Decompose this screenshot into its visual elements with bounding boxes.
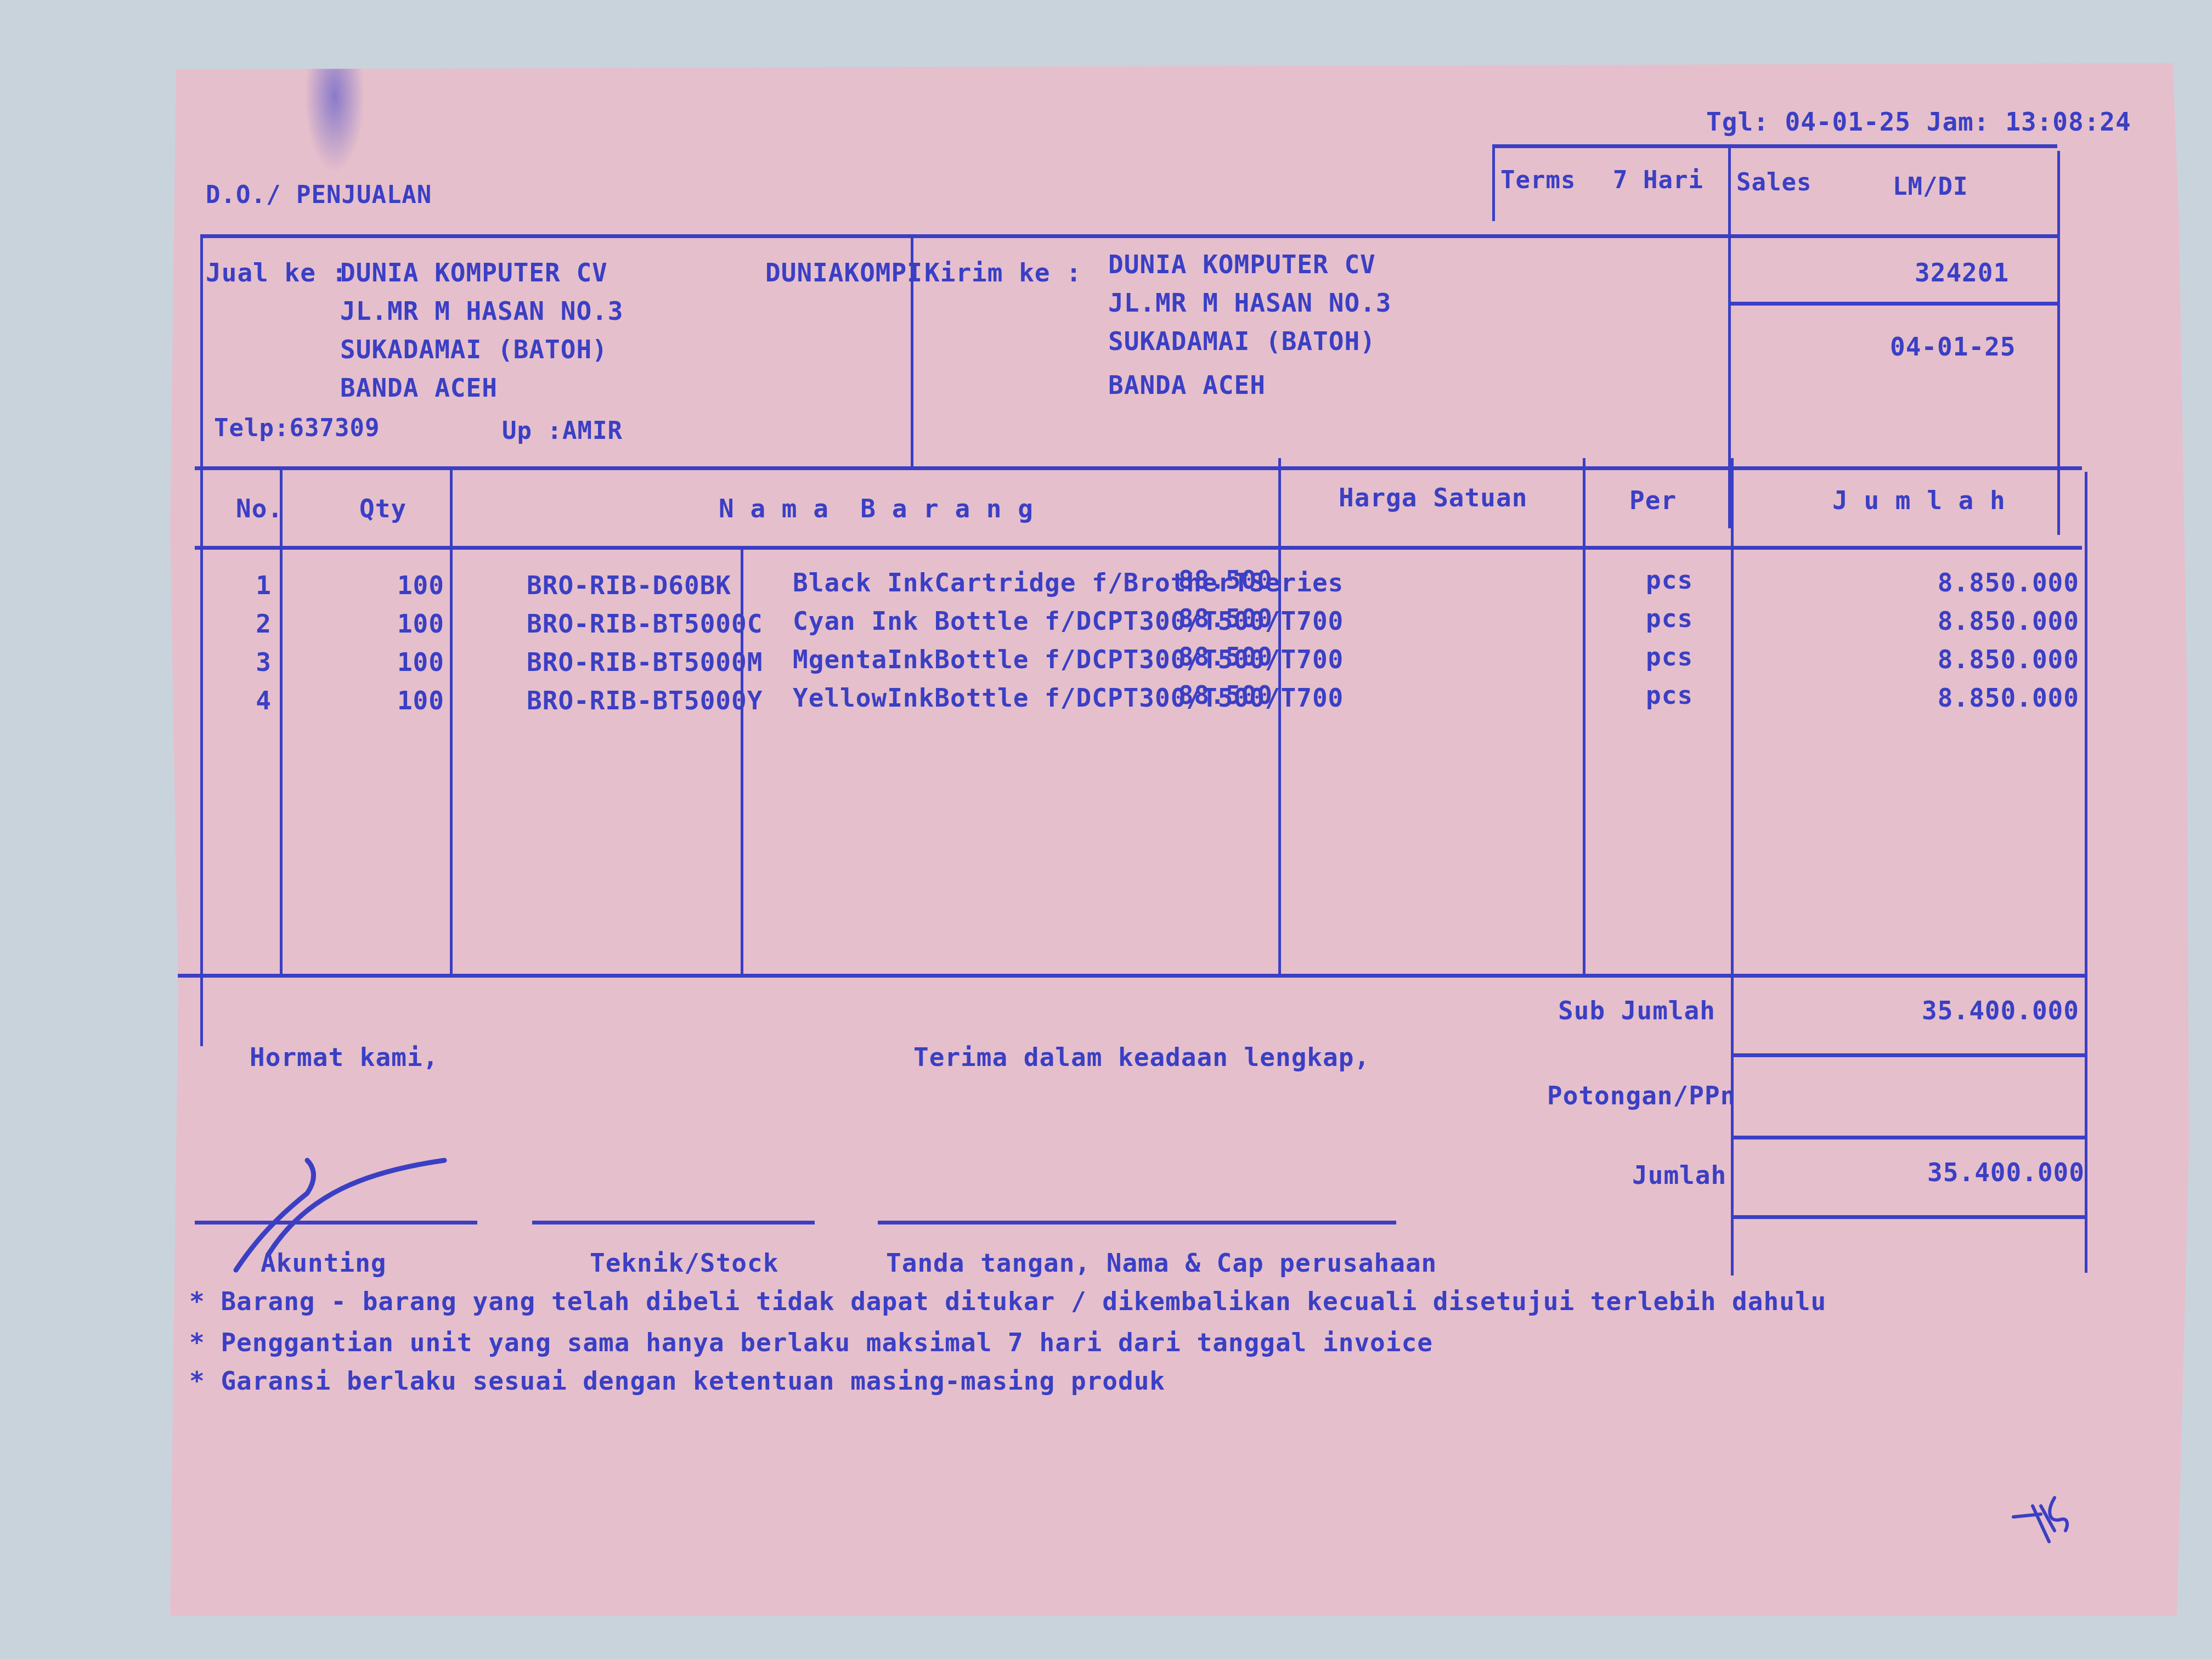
row-no: 2	[225, 609, 272, 639]
row-amount: 8.850.000	[1898, 645, 2079, 674]
ship-to-label: Kirim ke :	[924, 258, 1082, 287]
sold-to-address-1: JL.MR M HASAN NO.3	[340, 296, 624, 326]
signature-line-company	[878, 1221, 1396, 1224]
divider	[1492, 144, 2057, 148]
divider	[1731, 1136, 2085, 1139]
ship-to-address-3: BANDA ACEH	[1108, 370, 1266, 400]
note-3: * Garansi berlaku sesuai dengan ketentua…	[189, 1366, 1165, 1396]
row-qty: 100	[362, 571, 444, 600]
divider	[450, 466, 453, 974]
divider	[200, 234, 2057, 238]
row-qty: 100	[362, 609, 444, 639]
divider	[1278, 458, 1281, 974]
invoice-date: 04-01-25	[1890, 332, 2016, 362]
ship-to-name: DUNIA KOMPUTER CV	[1108, 250, 1376, 279]
divider	[1731, 458, 1734, 1276]
ink-smudge	[304, 63, 365, 173]
row-amount: 8.850.000	[1898, 683, 2079, 713]
note-1: * Barang - barang yang telah dibeli tida…	[189, 1286, 1826, 1316]
terms-value: 7 Hari	[1613, 166, 1703, 194]
regards-text: Hormat kami,	[250, 1042, 438, 1072]
row-code: BRO-RIB-BT5000Y	[527, 686, 763, 715]
divider	[1583, 458, 1585, 974]
sales-value: LM/DI	[1893, 173, 1968, 201]
sold-to-name: DUNIA KOMPUTER CV	[340, 258, 608, 287]
divider	[195, 466, 2082, 470]
row-per: pcs	[1646, 642, 1693, 672]
initials-mark	[2008, 1489, 2090, 1555]
row-qty: 100	[362, 686, 444, 715]
subtotal-value: 35.400.000	[1898, 996, 2079, 1025]
terms-label: Terms	[1500, 166, 1576, 194]
divider	[176, 974, 2085, 978]
received-text: Terima dalam keadaan lengkap,	[913, 1042, 1370, 1072]
sold-to-address-3: BANDA ACEH	[340, 373, 498, 403]
note-2: * Penggantian unit yang sama hanya berla…	[189, 1328, 1433, 1357]
sold-to-phone: Telp:637309	[214, 414, 380, 442]
row-code: BRO-RIB-D60BK	[527, 571, 731, 600]
header-per: Per	[1629, 486, 1677, 515]
signature-line-accounting	[195, 1221, 477, 1224]
divider	[200, 234, 203, 1046]
invoice-paper: D.O./ PENJUALAN Tgl: 04-01-25 Jam: 13:08…	[170, 63, 2189, 1616]
header-item-name: N a m a B a r a n g	[719, 494, 1034, 523]
row-no: 3	[225, 647, 272, 677]
subtotal-label: Sub Jumlah	[1558, 996, 1716, 1025]
ship-to-address-2: SUKADAMAI (BATOH)	[1108, 326, 1376, 356]
date-time: Tgl: 04-01-25 Jam: 13:08:24	[1706, 107, 2131, 137]
row-per: pcs	[1646, 565, 1693, 595]
header-qty: Qty	[359, 494, 407, 523]
row-per: pcs	[1646, 680, 1693, 710]
company-sign-label: Tanda tangan, Nama & Cap perusahaan	[886, 1248, 1437, 1278]
row-per: pcs	[1646, 603, 1693, 633]
row-unit-price: 88.500	[1158, 565, 1273, 595]
discount-tax-label: Potongan/PPn	[1547, 1081, 1736, 1110]
signature-line-technical	[532, 1221, 815, 1224]
row-code: BRO-RIB-BT5000C	[527, 609, 763, 639]
ship-to-address-1: JL.MR M HASAN NO.3	[1108, 288, 1392, 318]
row-unit-price: 88.500	[1158, 603, 1273, 633]
header-amount: J u m l a h	[1832, 486, 2006, 515]
sold-to-address-2: SUKADAMAI (BATOH)	[340, 335, 608, 364]
divider	[280, 466, 283, 974]
total-label: Jumlah	[1632, 1160, 1726, 1190]
row-amount: 8.850.000	[1898, 568, 2079, 597]
row-no: 4	[225, 686, 272, 715]
row-unit-price: 88.500	[1158, 680, 1273, 710]
divider	[1731, 1215, 2087, 1219]
sold-to-code: DUNIAKOMPI	[765, 258, 923, 287]
sold-to-label: Jual ke :	[206, 258, 347, 287]
header-no: No.	[236, 494, 283, 523]
header-unit-price: Harga Satuan	[1339, 483, 1527, 512]
divider	[195, 546, 2082, 550]
row-qty: 100	[362, 647, 444, 677]
document-title: D.O./ PENJUALAN	[206, 181, 432, 209]
divider	[1728, 302, 2057, 306]
accounting-label: Akunting	[261, 1248, 387, 1278]
row-code: BRO-RIB-BT5000M	[527, 647, 763, 677]
total-value: 35.400.000	[1904, 1158, 2085, 1187]
divider	[1492, 144, 1495, 221]
sales-label: Sales	[1736, 168, 1812, 196]
technical-stock-label: Teknik/Stock	[590, 1248, 778, 1278]
divider	[2085, 472, 2087, 1273]
row-unit-price: 88.500	[1158, 642, 1273, 672]
row-amount: 8.850.000	[1898, 606, 2079, 636]
sold-to-attention: Up :AMIR	[502, 417, 623, 445]
divider	[2057, 151, 2060, 535]
invoice-number: 324201	[1915, 258, 2009, 287]
divider	[1731, 1053, 2085, 1057]
row-no: 1	[225, 571, 272, 600]
